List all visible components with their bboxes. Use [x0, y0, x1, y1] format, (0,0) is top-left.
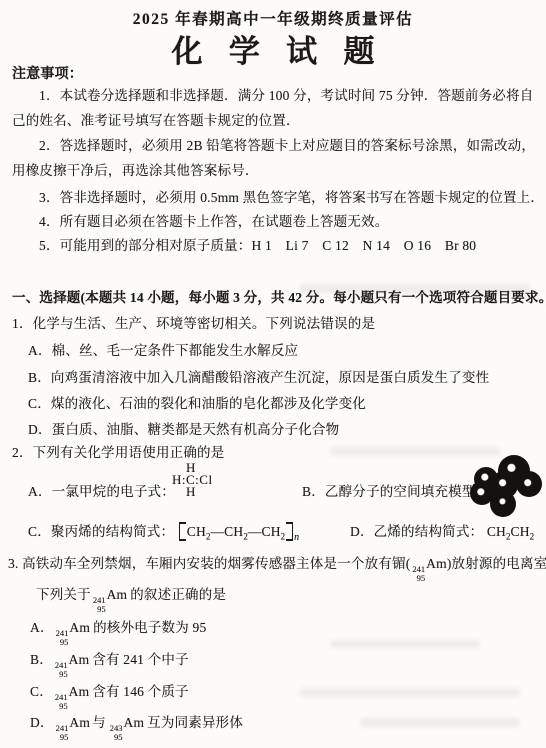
option-text: 的核外电子数为 95: [93, 620, 206, 635]
formula-segment: —CH: [210, 524, 243, 539]
element-symbol: Am: [124, 715, 145, 730]
isotope-notation: 24195: [56, 724, 69, 741]
option-label: B．: [30, 652, 53, 667]
option-text: 含有 146 个质子: [92, 684, 189, 699]
atomic-number: 95: [59, 702, 68, 711]
q3-stem2-pre: 下列关于: [36, 587, 91, 602]
notice-item-4: 4．所有题目必须在答题卡上作答，在试题卷上答题无效。: [12, 210, 388, 230]
bleed-through-artifact: [300, 284, 530, 293]
q3-option-d: D．24195Am与24395Am互为同素异形体: [30, 711, 243, 741]
formula-segment: CH: [510, 524, 529, 539]
element-symbol: Am: [426, 556, 447, 571]
q2-option-d-label: D．乙烯的结构简式：: [350, 524, 483, 539]
atomic-number: 95: [60, 733, 69, 742]
q2-stem: 2．下列有关化学用语使用正确的是: [12, 441, 224, 461]
formula-subscript: 2: [281, 532, 286, 542]
q3-stem-post: )放射源的电离室。: [447, 556, 546, 571]
formula-segment: —CH: [248, 524, 281, 539]
q1-stem: 1．化学与生活、生产、环境等密切相关。下列说法错误的是: [12, 312, 375, 332]
bleed-through-artifact: [300, 688, 520, 697]
element-symbol: Am: [69, 620, 90, 635]
q3-stem-pre: 3. 高铁动车全列禁烟，车厢内安装的烟雾传感器主体是一个放有镅(: [8, 556, 410, 571]
polymer-left-bracket: [179, 522, 186, 541]
isotope-notation: 24195: [55, 661, 68, 678]
bleed-through-artifact: [330, 447, 500, 456]
q1-option-d: D．蛋白质、油脂、糖类都是天然有机高分子化合物: [28, 418, 339, 438]
exam-paper-page: 2025 年春期高中一年级期终质量评估 化学试题 注意事项： 1．本试卷分选择题…: [0, 0, 546, 748]
atomic-number: 95: [97, 605, 106, 614]
formula-subscript: 2: [530, 532, 535, 542]
polymer-right-bracket: [286, 522, 293, 541]
notice-item-1: 1．本试卷分选择题和非选择题．满分 100 分，考试时间 75 分钟．答题前务必…: [12, 84, 538, 133]
polymer-n-subscript: n: [294, 532, 299, 543]
formula-segment: CH: [187, 524, 206, 539]
notice-heading: 注意事项：: [12, 63, 83, 83]
element-symbol: Am: [69, 684, 90, 699]
bleed-through-artifact: [330, 640, 480, 648]
formula-segment: CH: [487, 524, 506, 539]
q2-option-c: C．聚丙烯的结构简式： CH2—CH2—CH2n: [28, 520, 299, 543]
atomic-number: 95: [114, 733, 123, 742]
atomic-number: 95: [59, 670, 68, 679]
isotope-notation: 24195: [56, 629, 69, 646]
q3-stem-line1: 3. 高铁动车全列禁烟，车厢内安装的烟雾传感器主体是一个放有镅(24195Am)…: [8, 552, 546, 582]
q2-option-a-label: A．一氯甲烷的电子式：: [28, 480, 175, 500]
q1-option-a: A．棉、丝、毛一定条件下都能发生水解反应: [28, 339, 298, 359]
notice-item-5: 5．可能用到的部分相对原子质量：H 1 Li 7 C 12 N 14 O 16 …: [12, 234, 476, 254]
q1-option-c: C．煤的液化、石油的裂化和油脂的皂化都涉及化学变化: [28, 392, 366, 412]
element-symbol: Am: [69, 652, 90, 667]
isotope-notation: 24395: [110, 724, 123, 741]
atom-circle: [490, 491, 516, 517]
q2-electron-dot-formula: H H:C:Cl H: [172, 462, 213, 498]
element-symbol: Am: [69, 715, 90, 730]
option-mid-text: 与: [92, 715, 106, 730]
atomic-number: 95: [60, 638, 69, 647]
option-label: A．: [30, 620, 54, 635]
q1-option-b: B．向鸡蛋清溶液中加入几滴醋酸铅溶液产生沉淀，原因是蛋白质发生了变性: [28, 366, 489, 386]
q2-option-d: D．乙烯的结构简式： CH2CH2: [350, 520, 534, 542]
q3-option-a: A．24195Am的核外电子数为 95: [30, 616, 206, 646]
option-label: C．: [30, 684, 53, 699]
ethanol-space-filling-model: [470, 455, 542, 517]
isotope-notation: 24195: [93, 596, 106, 613]
isotope-notation: 24195: [55, 693, 68, 710]
edot-bottom-h: H: [172, 486, 213, 498]
notice-item-3: 3．答非选择题时，必须用 0.5mm 黑色签字笔，将答案书写在答题卡规定的位置上…: [12, 186, 544, 206]
notice-item-2: 2．答选择题时，必须用 2B 铅笔将答题卡上对应题目的答案标号涂黑，如需改动，用…: [12, 134, 538, 183]
q3-stem2-post: 的叙述正确的是: [130, 587, 226, 602]
q2-option-c-label: C．聚丙烯的结构简式：: [28, 524, 174, 539]
bleed-through-artifact: [360, 718, 520, 727]
atomic-number: 95: [417, 574, 426, 583]
element-symbol: Am: [107, 587, 128, 602]
q2-option-b-label: B．乙醇分子的空间填充模型：: [302, 480, 489, 500]
q3-stem-line2: 下列关于24195Am的叙述正确的是: [36, 583, 226, 613]
isotope-notation: 24195: [412, 565, 425, 582]
option-text: 互为同素异形体: [147, 715, 243, 730]
q3-option-c: C．24195Am含有 146 个质子: [30, 680, 189, 710]
option-label: D．: [30, 715, 54, 730]
option-text: 含有 241 个中子: [92, 652, 189, 667]
atom-circle: [516, 471, 542, 497]
q3-option-b: B．24195Am含有 241 个中子: [30, 648, 189, 678]
